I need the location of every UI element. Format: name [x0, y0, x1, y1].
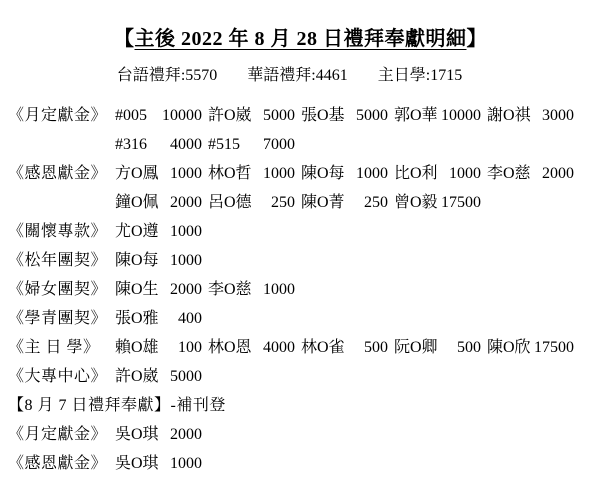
donation-amount: 5000: [356, 101, 388, 130]
donation-row: 《關懷專款》尤O遵1000: [8, 217, 601, 246]
category-label: 《婦女團契》: [8, 275, 115, 304]
donation-entry: 陳O每1000: [301, 159, 394, 188]
donation-row: 《大專中心》許O崴5000: [8, 362, 601, 391]
donor-name: #515: [208, 130, 240, 159]
donation-row: 《感恩獻金》方O鳳1000林O哲1000陳O每1000比O利1000李O慈200…: [8, 159, 601, 188]
donation-amount: 17500: [441, 188, 481, 217]
donation-amount: 1000: [170, 217, 202, 246]
donation-amount: 2000: [170, 188, 202, 217]
donor-name: 許O崴: [115, 362, 159, 391]
donation-entry: 李O慈1000: [208, 275, 301, 304]
donation-amount: 7000: [263, 130, 295, 159]
donor-name: 陳O生: [115, 275, 159, 304]
donation-entry: 郭O華10000: [394, 101, 487, 130]
donation-entry: 賴O雄100: [115, 333, 208, 362]
donation-entry: 阮O卿500: [394, 333, 487, 362]
donor-name: 李O慈: [208, 275, 252, 304]
donation-amount: 2000: [542, 159, 574, 188]
category-label: [8, 130, 115, 159]
donor-name: 曾O毅: [394, 188, 438, 217]
donation-row: 《感恩獻金》吳O琪1000: [8, 449, 601, 478]
section-header: 【8 月 7 日禮拜奉獻】-補刊登: [8, 391, 601, 420]
donation-entry: 李O慈2000: [487, 159, 580, 188]
donor-name: 李O慈: [487, 159, 531, 188]
donor-name: 林O雀: [301, 333, 345, 362]
donation-amount: 5000: [263, 101, 295, 130]
donor-name: 郭O華: [394, 101, 438, 130]
donation-entry: 謝O祺3000: [487, 101, 580, 130]
donation-row: 《婦女團契》陳O生2000李O慈1000: [8, 275, 601, 304]
category-label: 《松年團契》: [8, 246, 115, 275]
donor-name: 尤O遵: [115, 217, 159, 246]
attendance-line: 台語禮拜:5570華語禮拜:4461主日學:1715: [0, 65, 590, 87]
donation-amount: 1000: [170, 159, 202, 188]
attendance-label: 台語禮拜: [117, 67, 181, 84]
donation-amount: 2000: [170, 420, 202, 449]
donation-entry: 張O雅400: [115, 304, 208, 333]
donor-name: 方O鳳: [115, 159, 159, 188]
donation-amount: 1000: [356, 159, 388, 188]
donor-name: 陳O菁: [301, 188, 345, 217]
donation-entry: 比O利1000: [394, 159, 487, 188]
donation-row: 《松年團契》陳O每1000: [8, 246, 601, 275]
attendance-value: 5570: [185, 67, 217, 84]
title-bracket-close: 】: [467, 28, 488, 50]
title-text: 主後 2022 年 8 月 28 日禮拜奉獻明細: [135, 28, 467, 50]
attendance-value: 1715: [430, 67, 462, 84]
category-label: 《感恩獻金》: [8, 159, 115, 188]
donation-amount: 1000: [170, 246, 202, 275]
category-label: 《月定獻金》: [8, 101, 115, 130]
donor-name: 阮O卿: [394, 333, 438, 362]
donation-amount: 10000: [162, 101, 202, 130]
donation-entry: #5157000: [208, 130, 301, 159]
donation-entry: #00510000: [115, 101, 208, 130]
donor-name: 張O基: [301, 101, 345, 130]
donation-table: 《月定獻金》#00510000許O崴5000張O基5000郭O華10000謝O祺…: [0, 101, 601, 478]
donation-amount: 5000: [170, 362, 202, 391]
donation-entry: 尤O遵1000: [115, 217, 208, 246]
donation-entry: 張O基5000: [301, 101, 394, 130]
donor-name: #316: [115, 130, 147, 159]
donation-amount: 500: [364, 333, 388, 362]
donation-amount: 500: [457, 333, 481, 362]
page-title: 【主後 2022 年 8 月 28 日禮拜奉獻明細】: [0, 27, 601, 51]
attendance-item: 主日學:1715: [378, 65, 462, 87]
donor-name: #005: [115, 101, 147, 130]
donation-amount: 4000: [263, 333, 295, 362]
donor-name: 謝O祺: [487, 101, 531, 130]
donation-amount: 1000: [263, 275, 295, 304]
attendance-value: 4461: [316, 67, 348, 84]
donation-entry: 許O崴5000: [208, 101, 301, 130]
title-bracket-open: 【: [114, 28, 135, 50]
donation-amount: 1000: [170, 449, 202, 478]
donation-amount: 250: [271, 188, 295, 217]
donor-name: 陳O每: [301, 159, 345, 188]
donation-entry: 吳O琪1000: [115, 449, 208, 478]
category-label: [8, 188, 115, 217]
donation-entry: 陳O菁250: [301, 188, 394, 217]
donor-name: 賴O雄: [115, 333, 159, 362]
donation-amount: 1000: [263, 159, 295, 188]
donation-entry: 呂O德250: [208, 188, 301, 217]
category-label: 《主 日 學》: [8, 333, 115, 362]
donation-entry: 陳O生2000: [115, 275, 208, 304]
donation-row: 《月定獻金》#00510000許O崴5000張O基5000郭O華10000謝O祺…: [8, 101, 601, 130]
donation-entry: 吳O琪2000: [115, 420, 208, 449]
donation-amount: 4000: [170, 130, 202, 159]
donor-name: 許O崴: [208, 101, 252, 130]
category-label: 《學青團契》: [8, 304, 115, 333]
donor-name: 呂O德: [208, 188, 252, 217]
donation-entry: 陳O每1000: [115, 246, 208, 275]
donation-amount: 1000: [449, 159, 481, 188]
donor-name: 陳O欣: [487, 333, 531, 362]
donation-row: #3164000#5157000: [8, 130, 601, 159]
donation-row: 《月定獻金》吳O琪2000: [8, 420, 601, 449]
donation-entry: 鐘O佩2000: [115, 188, 208, 217]
donation-entry: 林O雀500: [301, 333, 394, 362]
donation-row: 《學青團契》張O雅400: [8, 304, 601, 333]
donor-name: 張O雅: [115, 304, 159, 333]
category-label: 《月定獻金》: [8, 420, 115, 449]
donation-entry: 陳O欣17500: [487, 333, 580, 362]
donation-amount: 3000: [542, 101, 574, 130]
donation-entry: 林O哲1000: [208, 159, 301, 188]
donation-row: 《主 日 學》賴O雄100林O恩4000林O雀500阮O卿500陳O欣17500: [8, 333, 601, 362]
donor-name: 陳O每: [115, 246, 159, 275]
donor-name: 鐘O佩: [115, 188, 159, 217]
donation-amount: 250: [364, 188, 388, 217]
attendance-label: 華語禮拜: [247, 67, 311, 84]
donation-amount: 2000: [170, 275, 202, 304]
donor-name: 吳O琪: [115, 449, 159, 478]
donation-entry: #3164000: [115, 130, 208, 159]
donation-entry: 曾O毅17500: [394, 188, 487, 217]
donation-entry: 許O崴5000: [115, 362, 208, 391]
attendance-item: 台語禮拜:5570: [117, 65, 217, 87]
attendance-item: 華語禮拜:4461: [247, 65, 347, 87]
attendance-label: 主日學: [378, 67, 426, 84]
category-label: 《大專中心》: [8, 362, 115, 391]
donation-amount: 10000: [441, 101, 481, 130]
donor-name: 吳O琪: [115, 420, 159, 449]
donation-amount: 17500: [534, 333, 574, 362]
donor-name: 比O利: [394, 159, 438, 188]
donor-name: 林O恩: [208, 333, 252, 362]
donation-entry: 方O鳳1000: [115, 159, 208, 188]
donation-report-page: 【主後 2022 年 8 月 28 日禮拜奉獻明細】 台語禮拜:5570華語禮拜…: [0, 0, 601, 487]
donation-row: 鐘O佩2000呂O德250陳O菁250曾O毅17500: [8, 188, 601, 217]
category-label: 《感恩獻金》: [8, 449, 115, 478]
category-label: 《關懷專款》: [8, 217, 115, 246]
donation-amount: 400: [178, 304, 202, 333]
donor-name: 林O哲: [208, 159, 252, 188]
donation-entry: 林O恩4000: [208, 333, 301, 362]
donation-amount: 100: [178, 333, 202, 362]
